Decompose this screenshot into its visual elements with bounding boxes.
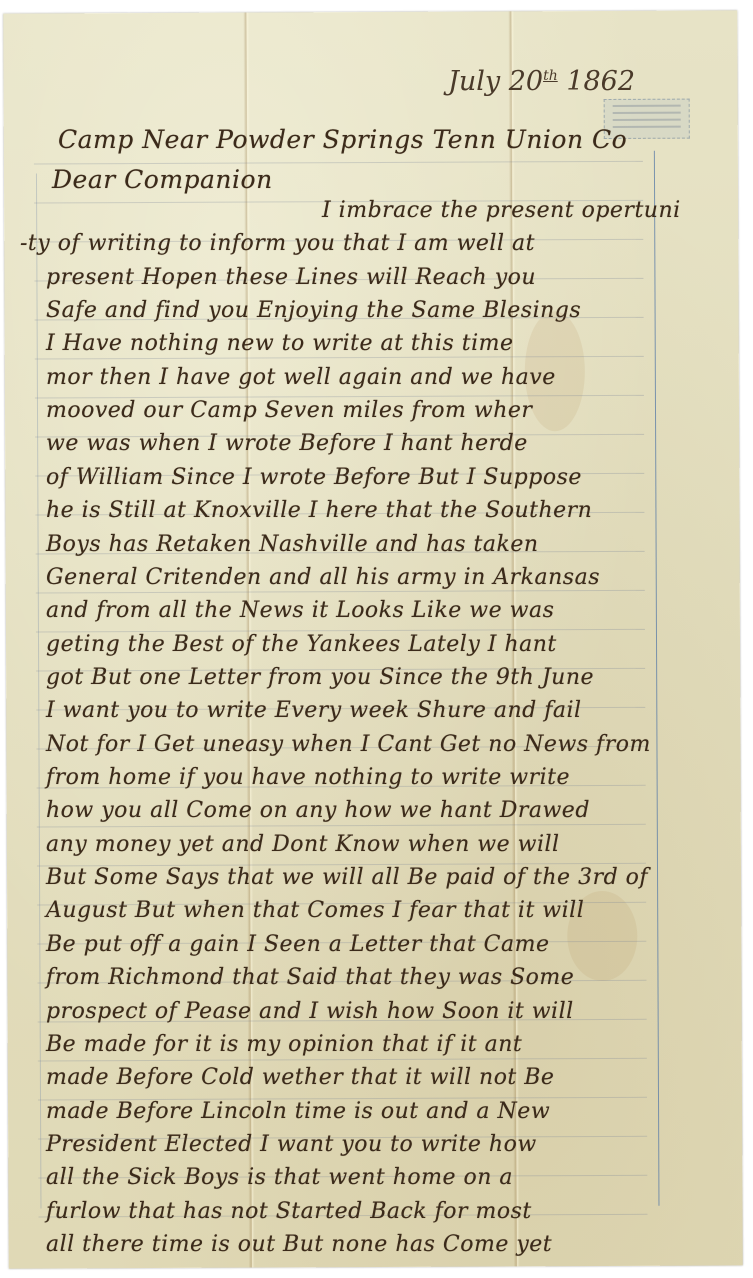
letter-line: and from all the News it Looks Like we w…	[46, 598, 554, 623]
letter-line: Be put off a gain I Seen a Letter that C…	[46, 932, 550, 957]
letter-date: July 20th 1862	[448, 66, 635, 97]
letter-heading: Camp Near Powder Springs Tenn Union Co	[58, 125, 627, 154]
letter-line: -ty of writing to inform you that I am w…	[20, 231, 535, 256]
letter-line: Safe and find you Enjoying the Same Bles…	[46, 298, 581, 323]
letter-line: furlow that has not Started Back for mos…	[46, 1199, 532, 1224]
letter-line: made Before Cold wether that it will not…	[46, 1065, 554, 1090]
letter-line: I imbrace the present opertuni	[322, 198, 681, 223]
letter-line: from home if you have nothing to write w…	[46, 765, 570, 790]
letter-line: how you all Come on any how we hant Draw…	[46, 798, 590, 823]
date-year: 1862	[566, 66, 635, 97]
letter-line: General Critenden and all his army in Ar…	[46, 565, 600, 590]
date-day: 20	[509, 66, 543, 97]
letter-line: Be made for it is my opinion that if it …	[46, 1032, 522, 1057]
letter-line: he is Still at Knoxville I here that the…	[46, 498, 592, 523]
letter-line: I Have nothing new to write at this time	[46, 331, 514, 356]
letter-line: got But one Letter from you Since the 9t…	[46, 665, 594, 690]
letter-line: of William Since I wrote Before But I Su…	[46, 465, 582, 490]
letter-line: prospect of Pease and I wish how Soon it…	[46, 999, 574, 1024]
letter-line: all there time is out But none has Come …	[46, 1232, 552, 1257]
letter-line: present Hopen these Lines will Reach you	[46, 265, 536, 290]
letter-line: made Before Lincoln time is out and a Ne…	[46, 1099, 550, 1124]
letter-line: Not for I Get uneasy when I Cant Get no …	[46, 732, 651, 757]
letter-line: we was when I wrote Before I hant herde	[46, 431, 528, 456]
letter-line: geting the Best of the Yankees Lately I …	[46, 632, 557, 657]
salutation: Dear Companion	[52, 165, 273, 194]
letter-line: But Some Says that we will all Be paid o…	[46, 865, 648, 890]
letter-line: I want you to write Every week Shure and…	[46, 698, 582, 723]
date-suffix: th	[543, 68, 558, 84]
letter-line: President Elected I want you to write ho…	[46, 1132, 537, 1157]
letter-line: any money yet and Dont Know when we will	[46, 832, 560, 857]
letter-line: August But when that Comes I fear that i…	[46, 898, 584, 923]
letter-line: mooved our Camp Seven miles from wher	[46, 398, 532, 423]
date-month: July	[448, 66, 500, 97]
margin-line	[654, 151, 660, 1206]
letter-line: all the Sick Boys is that went home on a	[46, 1165, 513, 1190]
letter-line: from Richmond that Said that they was So…	[46, 965, 574, 990]
left-margin-line	[36, 173, 42, 1208]
letter-line: Boys has Retaken Nashville and has taken	[46, 532, 539, 557]
letter-line: mor then I have got well again and we ha…	[46, 365, 556, 390]
